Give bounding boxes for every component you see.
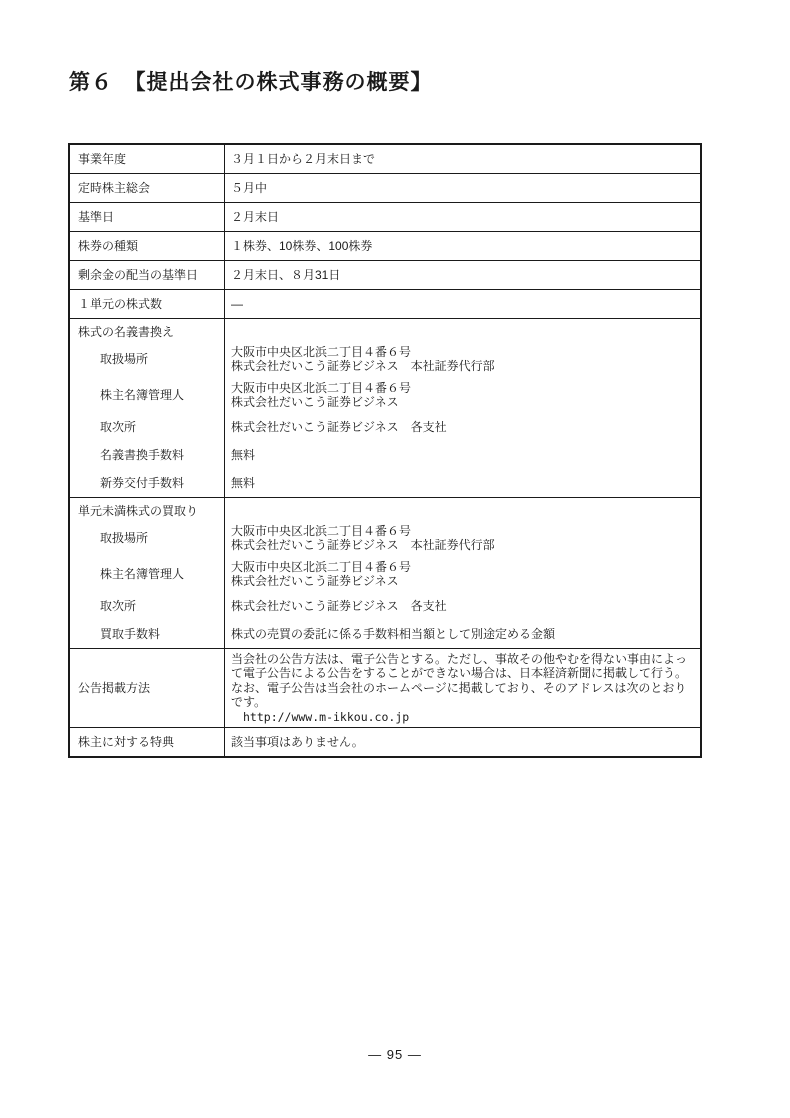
sub-row-value: 株式の売買の委託に係る手数料相当額として別途定める金額 [225,620,700,648]
row-value: ２月末日 [225,203,700,231]
sub-row-value: 大阪市中央区北浜二丁目４番６号 株式会社だいこう証券ビジネス [225,377,700,413]
odd-lot-purchase-section: 単元未満株式の買取り 取扱場所 大阪市中央区北浜二丁目４番６号 株式会社だいこう… [70,497,700,648]
table-row: 基準日 ２月末日 [70,202,700,231]
value-line: 株式会社だいこう証券ビジネス 本社証券代行部 [231,538,694,552]
value-line: 株式会社だいこう証券ビジネス 各支社 [231,599,694,613]
row-value: ２月末日、８月31日 [225,261,700,289]
page-number: ― 95 ― [0,1047,790,1062]
notice-paragraph: 当会社の公告方法は、電子公告とする。ただし、事故その他やむを得ない事由によって電… [231,652,694,710]
value-line: 株式会社だいこう証券ビジネス [231,395,694,409]
table-row: 株券の種類 １株券、10株券、100株券 [70,231,700,260]
sub-row-value: 大阪市中央区北浜二丁目４番６号 株式会社だいこう証券ビジネス 本社証券代行部 [225,520,700,556]
value-line: 大阪市中央区北浜二丁目４番６号 [231,560,694,574]
table-row: 剰余金の配当の基準日 ２月末日、８月31日 [70,260,700,289]
section-header: 株式の名義書換え [70,319,225,341]
stock-affairs-table: 事業年度 ３月１日から２月末日まで 定時株主総会 ５月中 基準日 ２月末日 株券… [68,143,702,758]
sub-row-label: 取扱場所 [70,520,225,556]
document-page: 第６ 【提出会社の株式事務の概要】 事業年度 ３月１日から２月末日まで 定時株主… [0,0,790,1118]
sub-row-value: 株式会社だいこう証券ビジネス 各支社 [225,592,700,620]
row-label: 公告掲載方法 [70,649,225,727]
sub-row-label: 取次所 [70,592,225,620]
value-line: 株式会社だいこう証券ビジネス 各支社 [231,420,694,434]
value-line: 大阪市中央区北浜二丁目４番６号 [231,381,694,395]
sub-row-label: 名義書換手数料 [70,441,225,469]
row-value: ５月中 [225,174,700,202]
row-value: ３月１日から２月末日まで [225,145,700,173]
sub-row-label: 買取手数料 [70,620,225,648]
value-line: 大阪市中央区北浜二丁目４番６号 [231,345,694,359]
table-row: 定時株主総会 ５月中 [70,173,700,202]
row-label: 事業年度 [70,145,225,173]
value-line: 株式の売買の委託に係る手数料相当額として別途定める金額 [231,627,694,641]
sub-row-value: 株式会社だいこう証券ビジネス 各支社 [225,413,700,441]
section-header-spacer [225,319,700,341]
section-header: 単元未満株式の買取り [70,498,225,520]
public-notice-row: 公告掲載方法 当会社の公告方法は、電子公告とする。ただし、事故その他やむを得ない… [70,648,700,727]
sub-row-label: 株主名簿管理人 [70,556,225,592]
row-label: 株券の種類 [70,232,225,260]
table-row: 事業年度 ３月１日から２月末日まで [70,145,700,173]
sub-row-value: 無料 [225,469,700,497]
value-line: 大阪市中央区北浜二丁目４番６号 [231,524,694,538]
value-line: 無料 [231,476,694,490]
table-row: １単元の株式数 ― [70,289,700,318]
share-transfer-section: 株式の名義書換え 取扱場所 大阪市中央区北浜二丁目４番６号 株式会社だいこう証券… [70,318,700,497]
sub-row-value: 大阪市中央区北浜二丁目４番６号 株式会社だいこう証券ビジネス 本社証券代行部 [225,341,700,377]
sub-row-label: 取扱場所 [70,341,225,377]
row-value: １株券、10株券、100株券 [225,232,700,260]
value-line: 株式会社だいこう証券ビジネス 本社証券代行部 [231,359,694,373]
sub-row-label: 取次所 [70,413,225,441]
sub-row-value: 無料 [225,441,700,469]
row-value: 当会社の公告方法は、電子公告とする。ただし、事故その他やむを得ない事由によって電… [225,649,700,727]
notice-url: http://www.m-ikkou.co.jp [231,710,694,724]
row-label: 剰余金の配当の基準日 [70,261,225,289]
row-label: １単元の株式数 [70,290,225,318]
sub-row-value: 大阪市中央区北浜二丁目４番６号 株式会社だいこう証券ビジネス [225,556,700,592]
row-label: 株主に対する特典 [70,728,225,756]
row-label: 定時株主総会 [70,174,225,202]
value-line: 株式会社だいこう証券ビジネス [231,574,694,588]
section-header-spacer [225,498,700,520]
shareholder-benefit-row: 株主に対する特典 該当事項はありません。 [70,727,700,756]
row-value: ― [225,290,700,318]
row-value: 該当事項はありません。 [225,728,700,756]
page-title: 第６ 【提出会社の株式事務の概要】 [69,66,433,96]
value-line: 無料 [231,448,694,462]
sub-row-label: 株主名簿管理人 [70,377,225,413]
row-label: 基準日 [70,203,225,231]
sub-row-label: 新券交付手数料 [70,469,225,497]
